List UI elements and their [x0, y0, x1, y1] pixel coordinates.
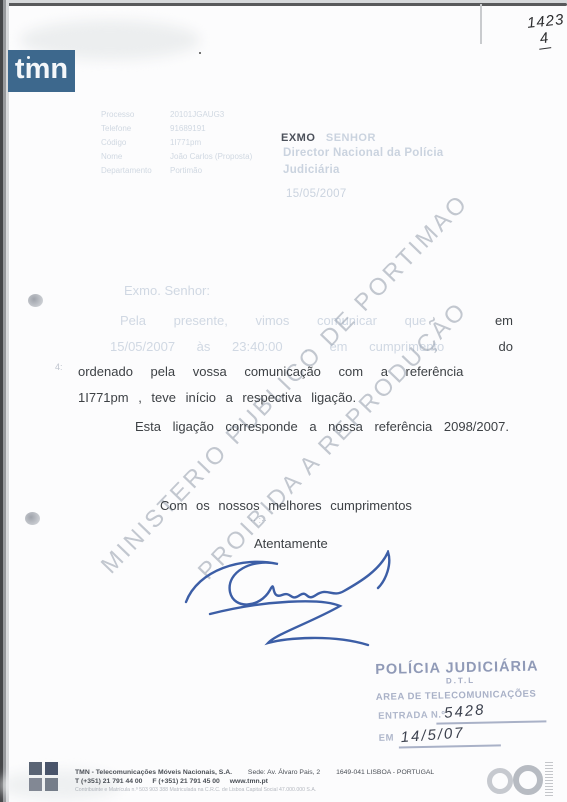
- stamp-entrada-label: ENTRADA N.º: [378, 709, 445, 721]
- addressee-line-3: Judiciária: [283, 164, 340, 176]
- scan-speck: [199, 52, 201, 54]
- signoff: Atentamente: [254, 536, 328, 551]
- body-line-1-dark: em: [495, 313, 513, 328]
- body-line-2-dark: do: [499, 339, 513, 354]
- footer-logo-square: [29, 762, 42, 775]
- scan-edge-left-light: [6, 0, 9, 802]
- barcode-icon: [545, 762, 553, 796]
- closing-faint-marks: ·· :··: [250, 515, 267, 525]
- info-label: Nome: [101, 152, 122, 161]
- footer-address: Sede: Av. Álvaro Pais, 2: [248, 769, 320, 776]
- handwritten-page-number-2: 4: [537, 29, 552, 50]
- certification-logo-icon: [487, 768, 513, 794]
- addressee-date: 15/05/2007: [286, 188, 347, 200]
- stamp-em-label: EM: [379, 733, 394, 744]
- certification-logo-icon: [513, 765, 543, 795]
- tmn-logo-text: tmn: [15, 55, 68, 84]
- body-line-4: 1I771pm , teve início a respectiva ligaç…: [78, 390, 356, 405]
- footer-logo-square: [29, 778, 42, 791]
- stamp-entrada-value: 5428: [443, 701, 486, 722]
- body-line-3: ordenado pela vossa comunicação com a re…: [78, 364, 463, 379]
- scan-edge-top-line: [3, 3, 567, 6]
- addressee-senhor: SENHOR: [326, 132, 376, 144]
- tmn-footer-logo: [29, 762, 59, 792]
- footer-fax: F (+351) 21 791 45 00: [152, 778, 219, 785]
- footer-logo-square: [45, 762, 58, 775]
- footer-phone: T (+351) 21 791 44 00: [75, 778, 142, 785]
- info-value: João Carlos (Proposta): [170, 152, 252, 161]
- salutation: Exmo. Senhor:: [124, 283, 210, 298]
- footer-company: TMN - Telecomunicações Móveis Nacionais,…: [75, 769, 232, 776]
- tmn-logo: tmn: [8, 50, 75, 92]
- info-value: 20101JGAUG3: [170, 110, 224, 119]
- footer-logo-square: [45, 778, 58, 791]
- info-label: Código: [101, 138, 126, 147]
- footer-line-1: TMN - Telecomunicações Móveis Nacionais,…: [75, 769, 434, 776]
- addressee-exmo: EXMO: [281, 132, 315, 144]
- punch-hole-bottom: [25, 512, 40, 525]
- info-label: Processo: [101, 110, 134, 119]
- addressee-line-2: Director Nacional da Polícia: [283, 147, 444, 159]
- footer-line-2: T (+351) 21 791 44 00 F (+351) 21 791 45…: [75, 778, 268, 785]
- info-value: 91689191: [170, 124, 206, 133]
- signature-handwriting: [180, 550, 442, 655]
- scanned-letter-page: tmn 1423 4 Processo 20101JGAUG3 Telefone…: [0, 0, 567, 802]
- body-line-1: Pela presente, vimos comunicar que em: [78, 313, 513, 329]
- closing-line: Com os nossos melhores cumprimentos: [160, 498, 412, 513]
- watermark-line-1: MINISTERIO PUBLICO DE PORTIMAO: [96, 189, 475, 580]
- addressee-line-1: EXMO SENHOR: [281, 128, 376, 146]
- footer-postal: 1649-041 LISBOA - PORTUGAL: [336, 769, 434, 776]
- footer-legal-line: Contribuinte e Matrícula n.º 503 903 388…: [75, 787, 316, 793]
- scan-edge-right: [480, 4, 482, 44]
- body-line-2: 15/05/2007 às 23:40:00 , em cumprimento …: [78, 339, 513, 355]
- tmn-logo-t-dot: [27, 56, 30, 59]
- punch-hole-top: [28, 294, 43, 307]
- footer-website: www.tmn.pt: [230, 778, 268, 785]
- info-label: Telefone: [101, 124, 131, 133]
- info-value: 1I771pm: [170, 138, 201, 147]
- info-label: Departamento: [101, 166, 152, 175]
- margin-mark: 4:: [55, 362, 63, 372]
- policia-judiciaria-stamp: POLÍCIA JUDICIÁRIA D.T.L AREA DE TELECOM…: [375, 658, 562, 750]
- body-line-2-faded: 15/05/2007 às 23:40:00 , em cumprimento: [110, 339, 444, 354]
- body-line-1-faded: Pela presente, vimos comunicar que: [120, 313, 426, 328]
- stamp-em-value: 14/5/07: [400, 724, 465, 746]
- body-paragraph-2: Esta ligação corresponde a nossa referên…: [135, 419, 509, 434]
- info-value: Portimão: [170, 166, 202, 175]
